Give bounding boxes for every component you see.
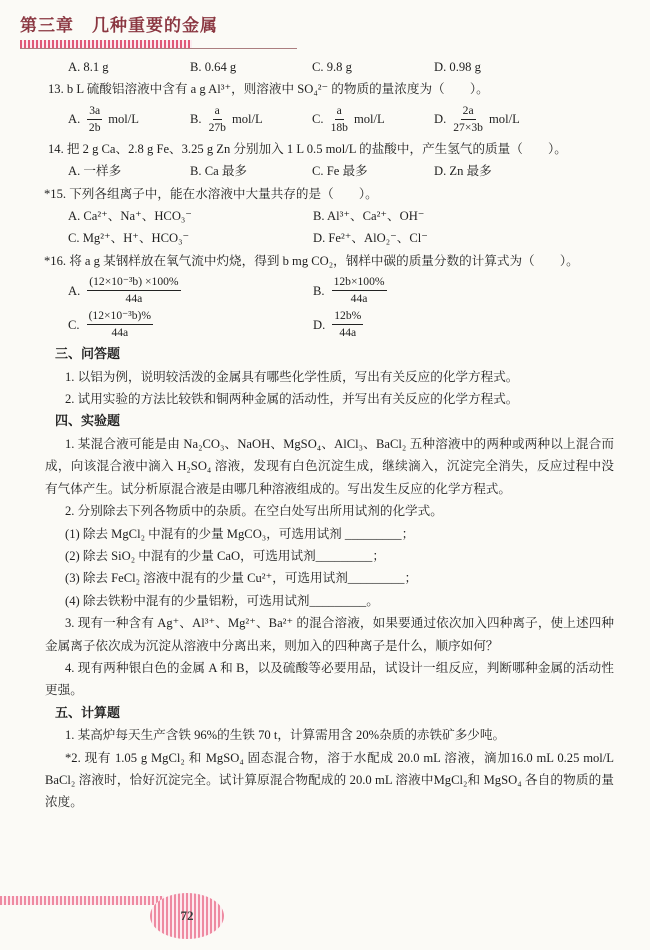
fraction-denominator: 18b bbox=[331, 120, 348, 135]
content-area: A. 8.1 g B. 0.64 g C. 9.8 g D. 0.98 g 13… bbox=[0, 56, 650, 814]
option-label: C. bbox=[68, 314, 80, 336]
section4-title: 四、实验题 bbox=[45, 410, 614, 432]
q14-stem: 14. 把 2 g Ca、2.8 g Fe、3.25 g Zn 分别加入 1 L… bbox=[45, 138, 614, 160]
option-b: B. a 27b mol/L bbox=[190, 104, 312, 135]
unit-label: mol/L bbox=[354, 108, 385, 130]
fraction: 3a 2b bbox=[87, 104, 102, 135]
q15-stem: *15. 下列各组离子中，能在水溶液中大量共存的是（ ）。 bbox=[45, 183, 614, 205]
option-b: B. 0.64 g bbox=[190, 56, 312, 78]
section4-item-2-sub-3: (3) 除去 FeCl₂ 溶液中混有的少量 Cu²⁺，可选用试剂________… bbox=[45, 567, 614, 589]
option-c: C. Fe 最多 bbox=[312, 160, 434, 182]
page-title: 第三章 几种重要的金属 bbox=[20, 11, 650, 36]
fraction-denominator: 2b bbox=[89, 120, 101, 135]
q14-options-row: A. 一样多 B. Ca 最多 C. Fe 最多 D. Zn 最多 bbox=[45, 160, 614, 182]
section4-item-2: 2. 分别除去下列各物质中的杂质。在空白处写出所用试剂的化学式。 bbox=[45, 500, 614, 522]
option-label: D. bbox=[313, 314, 325, 336]
section4-item-2-sub-4: (4) 除去铁粉中混有的少量铝粉，可选用试剂_________。 bbox=[45, 590, 614, 612]
section4-item-3: 3. 现有一种含有 Ag⁺、Al³⁺、Mg²⁺、Ba²⁺ 的混合溶液，如果要通过… bbox=[45, 612, 614, 657]
option-label: B. bbox=[313, 280, 325, 302]
fraction-denominator: 44a bbox=[351, 291, 368, 306]
fraction: 12b×100% 44a bbox=[332, 275, 387, 306]
section4-item-2-sub-1: (1) 除去 MgCl₂ 中混有的少量 MgCO₃，可选用试剂 ________… bbox=[45, 523, 614, 545]
fraction-denominator: 44a bbox=[339, 325, 356, 340]
option-label: A. bbox=[68, 280, 80, 302]
q13-stem: 13. b L 硫酸铝溶液中含有 a g Al³⁺，则溶液中 SO₄²⁻ 的物质… bbox=[45, 78, 614, 100]
page-number-badge: 72 bbox=[150, 893, 224, 939]
option-b: B. 12b×100% 44a bbox=[313, 275, 558, 306]
fraction-numerator: a bbox=[335, 104, 344, 120]
option-b: B. Al³⁺、Ca²⁺、OH⁻ bbox=[313, 205, 558, 227]
option-c: C. Mg²⁺、H⁺、HCO₃⁻ bbox=[68, 227, 313, 249]
option-a: A. Ca²⁺、Na⁺、HCO₃⁻ bbox=[68, 205, 313, 227]
option-label: C. bbox=[312, 108, 324, 130]
option-label: D. bbox=[434, 108, 446, 130]
option-d: D. Fe²⁺、AlO₂⁻、Cl⁻ bbox=[313, 227, 558, 249]
fraction: (12×10⁻³b) ×100% 44a bbox=[87, 275, 180, 306]
option-d: D. Zn 最多 bbox=[434, 160, 556, 182]
q15-options-row-1: A. Ca²⁺、Na⁺、HCO₃⁻ B. Al³⁺、Ca²⁺、OH⁻ bbox=[45, 205, 614, 227]
section3-item-1: 1. 以铝为例，说明较活泼的金属具有哪些化学性质，写出有关反应的化学方程式。 bbox=[45, 366, 614, 388]
unit-label: mol/L bbox=[489, 108, 520, 130]
section4-item-4: 4. 现有两种银白色的金属 A 和 B，以及硫酸等必要用品，试设计一组反应，判断… bbox=[45, 657, 614, 702]
section4-item-2-sub-2: (2) 除去 SiO₂ 中混有的少量 CaO，可选用试剂_________； bbox=[45, 545, 614, 567]
fraction: 2a 27×3b bbox=[453, 104, 483, 135]
option-label: B. bbox=[190, 108, 202, 130]
q12-options-row: A. 8.1 g B. 0.64 g C. 9.8 g D. 0.98 g bbox=[45, 56, 614, 78]
q13-options-row: A. 3a 2b mol/L B. a 27b mol/L C. a bbox=[45, 104, 614, 135]
fraction-numerator: (12×10⁻³b) ×100% bbox=[87, 275, 180, 291]
q16-stem: *16. 将 a g 某钢样放在氧气流中灼烧，得到 b mg CO₂，钢样中碳的… bbox=[45, 250, 614, 272]
fraction-numerator: 12b% bbox=[332, 309, 363, 325]
header-rule bbox=[20, 48, 297, 49]
section3-title: 三、问答题 bbox=[45, 343, 614, 365]
option-c: C. (12×10⁻³b)% 44a bbox=[68, 309, 313, 340]
section5-title: 五、计算题 bbox=[45, 702, 614, 724]
section4-item-1: 1. 某混合液可能是由 Na₂CO₃、NaOH、MgSO₄、AlCl₃、BaCl… bbox=[45, 433, 614, 500]
fraction: a 18b bbox=[331, 104, 348, 135]
fraction-numerator: (12×10⁻³b)% bbox=[87, 309, 154, 325]
fraction: 12b% 44a bbox=[332, 309, 363, 340]
option-c: C. a 18b mol/L bbox=[312, 104, 434, 135]
fraction: (12×10⁻³b)% 44a bbox=[87, 309, 154, 340]
q15-options-row-2: C. Mg²⁺、H⁺、HCO₃⁻ D. Fe²⁺、AlO₂⁻、Cl⁻ bbox=[45, 227, 614, 249]
option-c: C. 9.8 g bbox=[312, 56, 434, 78]
unit-label: mol/L bbox=[232, 108, 263, 130]
section3-item-2: 2. 试用实验的方法比较铁和铜两种金属的活动性，并写出有关反应的化学方程式。 bbox=[45, 388, 614, 410]
option-a: A. (12×10⁻³b) ×100% 44a bbox=[68, 275, 313, 306]
option-d: D. 12b% 44a bbox=[313, 309, 558, 340]
fraction-denominator: 27b bbox=[209, 120, 226, 135]
option-a: A. 8.1 g bbox=[68, 56, 190, 78]
fraction-numerator: 3a bbox=[87, 104, 102, 120]
option-a: A. 3a 2b mol/L bbox=[68, 104, 190, 135]
fraction-denominator: 27×3b bbox=[453, 120, 483, 135]
page-number: 72 bbox=[181, 908, 194, 924]
footer-stripe-bar bbox=[0, 896, 164, 905]
fraction-denominator: 44a bbox=[111, 325, 128, 340]
option-d: D. 0.98 g bbox=[434, 56, 556, 78]
fraction: a 27b bbox=[209, 104, 226, 135]
fraction-denominator: 44a bbox=[126, 291, 143, 306]
q16-options-row-2: C. (12×10⁻³b)% 44a D. 12b% 44a bbox=[45, 309, 614, 340]
fraction-numerator: 12b×100% bbox=[332, 275, 387, 291]
section5-item-1: 1. 某高炉每天生产含铁 96%的生铁 70 t，计算需用含 20%杂质的赤铁矿… bbox=[45, 724, 614, 746]
option-b: B. Ca 最多 bbox=[190, 160, 312, 182]
fraction-numerator: a bbox=[213, 104, 222, 120]
option-d: D. 2a 27×3b mol/L bbox=[434, 104, 556, 135]
q16-options-row-1: A. (12×10⁻³b) ×100% 44a B. 12b×100% 44a bbox=[45, 275, 614, 306]
unit-label: mol/L bbox=[108, 108, 139, 130]
fraction-numerator: 2a bbox=[461, 104, 476, 120]
section5-item-2: *2. 现有 1.05 g MgCl₂ 和 MgSO₄ 固态混合物，溶于水配成 … bbox=[45, 747, 614, 814]
header-stripe-bar bbox=[20, 40, 192, 48]
option-label: A. bbox=[68, 108, 80, 130]
textbook-page: 第三章 几种重要的金属 A. 8.1 g B. 0.64 g C. 9.8 g … bbox=[0, 0, 650, 950]
option-a: A. 一样多 bbox=[68, 160, 190, 182]
